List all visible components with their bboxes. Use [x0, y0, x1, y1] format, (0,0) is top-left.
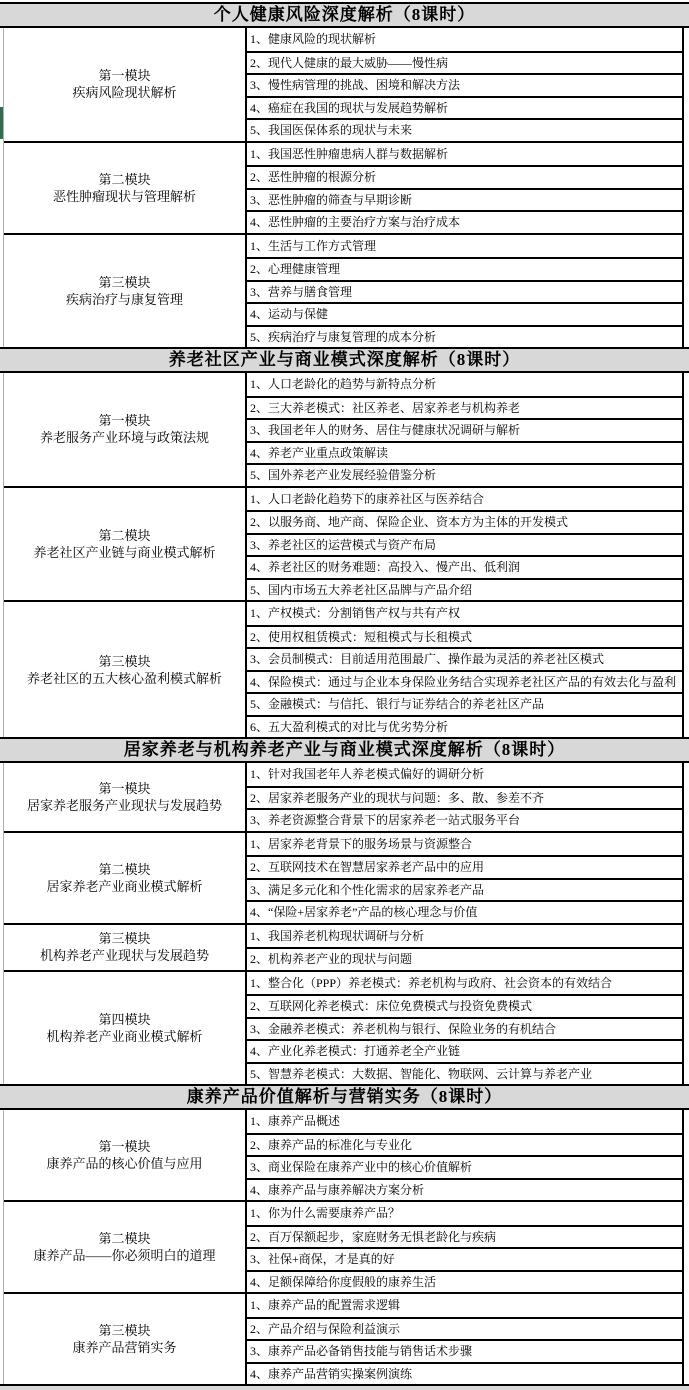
module-item-list: 1、针对我国老年人养老模式偏好的调研分析2、居家养老服务产业的现状与问题：多、散…	[245, 763, 682, 831]
course-item-cell: 2、百万保额起步，家庭财务无惧老龄化与疾病	[247, 1225, 682, 1248]
course-item-cell: 2、居家养老服务产业的现状与问题：多、散、参差不齐	[247, 786, 682, 809]
module-item-list: 1、康养产品的配置需求逻辑2、产品介绍与保险利益演示3、康养产品必备销售技能与销…	[245, 1294, 682, 1384]
course-item-cell: 3、满足多元化和个性化需求的居家养老产品	[247, 878, 682, 901]
course-item-cell: 1、人口老龄化趋势下的康养社区与医养结合	[247, 488, 682, 511]
course-item-cell: 2、互联网化养老模式：床位免费模式与投资免费模式	[247, 994, 682, 1017]
course-item-cell: 5、国外养老产业发展经验借鉴分析	[247, 463, 682, 486]
module-label: 第一模块	[98, 412, 150, 429]
course-item-cell: 4、运动与保健	[247, 302, 682, 325]
module-cell: 第一模块养老服务产业环境与政策法规	[4, 373, 245, 486]
module-row: 第三模块机构养老产业现状与发展趋势1、我国养老机构现状调研与分析2、机构养老产业…	[4, 923, 682, 970]
module-row: 第一模块康养产品的核心价值与应用1、康养产品概述2、康养产品的标准化与专业化3、…	[4, 1110, 682, 1200]
module-name: 养老社区产业链与商业模式解析	[33, 544, 215, 561]
module-cell: 第二模块康养产品——你必须明白的道理	[4, 1202, 245, 1292]
course-item-cell: 4、保险模式：通过与企业本身保险业务结合实现养老社区产品的有效去化与盈利	[247, 670, 682, 693]
module-label: 第二模块	[98, 171, 150, 188]
module-row: 第二模块康养产品——你必须明白的道理1、你为什么需要康养产品？2、百万保额起步，…	[4, 1200, 682, 1292]
module-cell: 第三模块疾病治疗与康复管理	[4, 235, 245, 348]
module-name: 康养产品的核心价值与应用	[46, 1155, 202, 1172]
module-label: 第一模块	[98, 780, 150, 797]
module-item-list: 1、居家养老背景下的服务场景与资源整合2、互联网技术在智慧居家养老产品中的应用3…	[245, 833, 682, 923]
section-body: 第一模块养老服务产业环境与政策法规1、人口老龄化的趋势与新特点分析2、三大养老模…	[3, 373, 684, 737]
module-row: 第二模块养老社区产业链与商业模式解析1、人口老龄化趋势下的康养社区与医养结合2、…	[4, 486, 682, 601]
module-label: 第四模块	[98, 1011, 150, 1028]
course-item-cell: 1、产权模式：分割销售产权与共有产权	[247, 602, 682, 625]
module-name: 机构养老产业现状与发展趋势	[40, 947, 209, 964]
module-row: 第三模块康养产品营销实务1、康养产品的配置需求逻辑2、产品介绍与保险利益演示3、…	[4, 1292, 682, 1384]
module-cell: 第二模块养老社区产业链与商业模式解析	[4, 488, 245, 601]
course-item-cell: 5、我国医保体系的现状与未来	[247, 118, 682, 141]
course-item-cell: 1、居家养老背景下的服务场景与资源整合	[247, 833, 682, 856]
course-item-cell: 1、生活与工作方式管理	[247, 235, 682, 258]
module-row: 第三模块疾病治疗与康复管理1、生活与工作方式管理2、心理健康管理3、营养与膳食管…	[4, 233, 682, 348]
course-item-cell: 2、心理健康管理	[247, 257, 682, 280]
module-item-list: 1、健康风险的现状解析2、现代人健康的最大威胁——慢性病3、慢性病管理的挑战、困…	[245, 28, 682, 141]
module-row: 第一模块居家养老服务产业现状与发展趋势1、针对我国老年人养老模式偏好的调研分析2…	[4, 763, 682, 831]
course-item-cell: 3、恶性肿瘤的筛查与早期诊断	[247, 188, 682, 211]
course-item-cell: 1、我国养老机构现状调研与分析	[247, 925, 682, 948]
course-item-cell: 2、机构养老产业的现状与问题	[247, 947, 682, 970]
module-name: 养老服务产业环境与政策法规	[40, 429, 209, 446]
section-body: 第一模块居家养老服务产业现状与发展趋势1、针对我国老年人养老模式偏好的调研分析2…	[3, 763, 684, 1084]
module-label: 第一模块	[98, 67, 150, 84]
module-cell: 第二模块恶性肿瘤现状与管理解析	[4, 143, 245, 233]
course-item-cell: 2、产品介绍与保险利益演示	[247, 1317, 682, 1340]
module-row: 第二模块恶性肿瘤现状与管理解析1、我国恶性肿瘤患病人群与数据解析2、恶性肿瘤的根…	[4, 141, 682, 233]
course-item-cell: 2、以服务商、地产商、保险企业、资本方为主体的开发模式	[247, 510, 682, 533]
course-item-cell: 1、我国恶性肿瘤患病人群与数据解析	[247, 143, 682, 166]
course-item-cell: 3、养老社区的运营模式与资产布局	[247, 533, 682, 556]
module-name: 机构养老产业商业模式解析	[46, 1028, 202, 1045]
course-item-cell: 1、你为什么需要康养产品？	[247, 1202, 682, 1225]
course-item-cell: 2、现代人健康的最大威胁——慢性病	[247, 51, 682, 74]
module-item-list: 1、康养产品概述2、康养产品的标准化与专业化3、商业保险在康养产业中的核心价值解…	[245, 1110, 682, 1200]
module-name: 养老社区的五大核心盈利模式解析	[27, 670, 222, 687]
course-item-cell: 1、康养产品概述	[247, 1110, 682, 1133]
course-item-cell: 5、疾病治疗与康复管理的成本分析	[247, 325, 682, 348]
module-row: 第二模块居家养老产业商业模式解析1、居家养老背景下的服务场景与资源整合2、互联网…	[4, 831, 682, 923]
section-header: 养老社区产业与商业模式深度解析（8课时）	[0, 347, 689, 373]
course-item-cell: 3、金融养老模式：养老机构与银行、保险业务的有机结合	[247, 1017, 682, 1040]
module-label: 第二模块	[98, 861, 150, 878]
course-item-cell: 2、互联网技术在智慧居家养老产品中的应用	[247, 855, 682, 878]
section-header: 康养产品价值解析与营销实务（8课时）	[0, 1084, 689, 1110]
section-body: 第一模块疾病风险现状解析1、健康风险的现状解析2、现代人健康的最大威胁——慢性病…	[3, 28, 684, 347]
course-item-cell: 2、使用权租赁模式：短租模式与长租模式	[247, 625, 682, 648]
course-item-cell: 4、癌症在我国的现状与发展趋势解析	[247, 96, 682, 119]
module-name: 疾病治疗与康复管理	[66, 291, 183, 308]
module-label: 第三模块	[98, 930, 150, 947]
section-body: 第一模块康养产品的核心价值与应用1、康养产品概述2、康养产品的标准化与专业化3、…	[3, 1110, 684, 1384]
module-cell: 第一模块疾病风险现状解析	[4, 28, 245, 141]
module-cell: 第三模块机构养老产业现状与发展趋势	[4, 925, 245, 970]
module-cell: 第四模块机构养老产业商业模式解析	[4, 972, 245, 1085]
module-label: 第二模块	[98, 1230, 150, 1247]
course-item-cell: 2、康养产品的标准化与专业化	[247, 1133, 682, 1156]
section-header: 个人健康风险深度解析（8课时）	[0, 2, 689, 28]
module-name: 居家养老服务产业现状与发展趋势	[27, 797, 222, 814]
module-row: 第三模块养老社区的五大核心盈利模式解析1、产权模式：分割销售产权与共有产权2、使…	[4, 600, 682, 737]
course-item-cell: 2、恶性肿瘤的根源分析	[247, 165, 682, 188]
module-item-list: 1、我国养老机构现状调研与分析2、机构养老产业的现状与问题	[245, 925, 682, 970]
module-name: 疾病风险现状解析	[72, 84, 176, 101]
course-item-cell: 2、三大养老模式：社区养老、居家养老与机构养老	[247, 396, 682, 419]
module-item-list: 1、人口老龄化趋势下的康养社区与医养结合2、以服务商、地产商、保险企业、资本方为…	[245, 488, 682, 601]
module-name: 康养产品——你必须明白的道理	[33, 1247, 215, 1264]
course-item-cell: 1、针对我国老年人养老模式偏好的调研分析	[247, 763, 682, 786]
module-label: 第二模块	[98, 527, 150, 544]
module-item-list: 1、整合化（PPP）养老模式：养老机构与政府、社会资本的有效结合2、互联网化养老…	[245, 972, 682, 1085]
module-label: 第一模块	[98, 1138, 150, 1155]
module-cell: 第二模块居家养老产业商业模式解析	[4, 833, 245, 923]
course-item-cell: 4、恶性肿瘤的主要治疗方案与治疗成本	[247, 210, 682, 233]
module-cell: 第三模块养老社区的五大核心盈利模式解析	[4, 602, 245, 737]
module-item-list: 1、人口老龄化的趋势与新特点分析2、三大养老模式：社区养老、居家养老与机构养老3…	[245, 373, 682, 486]
next-section-partial-header	[0, 1384, 689, 1390]
course-item-cell: 4、足额保障给你度假般的康养生活	[247, 1270, 682, 1293]
module-name: 康养产品营销实务	[72, 1339, 176, 1356]
module-name: 居家养老产业商业模式解析	[46, 878, 202, 895]
module-label: 第三模块	[98, 1322, 150, 1339]
course-item-cell: 3、养老资源整合背景下的居家养老一站式服务平台	[247, 808, 682, 831]
module-name: 恶性肿瘤现状与管理解析	[53, 188, 196, 205]
module-item-list: 1、你为什么需要康养产品？2、百万保额起步，家庭财务无惧老龄化与疾病3、社保+商…	[245, 1202, 682, 1292]
course-item-cell: 3、慢性病管理的挑战、困境和解决方法	[247, 73, 682, 96]
course-item-cell: 3、康养产品必备销售技能与销售话术步骤	[247, 1339, 682, 1362]
course-item-cell: 1、整合化（PPP）养老模式：养老机构与政府、社会资本的有效结合	[247, 972, 682, 995]
module-item-list: 1、产权模式：分割销售产权与共有产权2、使用权租赁模式：短租模式与长租模式3、会…	[245, 602, 682, 737]
module-label: 第三模块	[98, 653, 150, 670]
course-item-cell: 3、营养与膳食管理	[247, 280, 682, 303]
module-item-list: 1、我国恶性肿瘤患病人群与数据解析2、恶性肿瘤的根源分析3、恶性肿瘤的筛查与早期…	[245, 143, 682, 233]
course-item-cell: 4、康养产品营销实操案例演练	[247, 1362, 682, 1385]
module-row: 第四模块机构养老产业商业模式解析1、整合化（PPP）养老模式：养老机构与政府、社…	[4, 970, 682, 1085]
course-item-cell: 3、会员制模式：目前适用范围最广、操作最为灵活的养老社区模式	[247, 647, 682, 670]
course-item-cell: 4、养老社区的财务难题：高投入、慢产出、低利润	[247, 555, 682, 578]
course-item-cell: 1、人口老龄化的趋势与新特点分析	[247, 373, 682, 396]
course-item-cell: 4、“保险+居家养老”产品的核心理念与价值	[247, 900, 682, 923]
module-cell: 第三模块康养产品营销实务	[4, 1294, 245, 1384]
course-item-cell: 3、我国老年人的财务、居住与健康状况调研与解析	[247, 418, 682, 441]
sheet-selection-mark-icon	[0, 107, 3, 139]
course-item-cell: 4、产业化养老模式：打通养老全产业链	[247, 1039, 682, 1062]
course-outline-document: 个人健康风险深度解析（8课时）第一模块疾病风险现状解析1、健康风险的现状解析2、…	[0, 0, 689, 1390]
course-item-cell: 3、社保+商保，才是真的好	[247, 1247, 682, 1270]
module-row: 第一模块疾病风险现状解析1、健康风险的现状解析2、现代人健康的最大威胁——慢性病…	[4, 28, 682, 141]
module-cell: 第一模块康养产品的核心价值与应用	[4, 1110, 245, 1200]
course-item-cell: 5、智慧养老模式：大数据、智能化、物联网、云计算与养老产业	[247, 1062, 682, 1085]
course-item-cell: 5、国内市场五大养老社区品牌与产品介绍	[247, 578, 682, 601]
module-cell: 第一模块居家养老服务产业现状与发展趋势	[4, 763, 245, 831]
section-header: 居家养老与机构养老产业与商业模式深度解析（8课时）	[0, 737, 689, 763]
course-item-cell: 4、养老产业重点政策解读	[247, 441, 682, 464]
module-label: 第三模块	[98, 274, 150, 291]
course-item-cell: 6、五大盈利模式的对比与优劣势分析	[247, 715, 682, 738]
course-item-cell: 5、金融模式：与信托、银行与证券结合的养老社区产品	[247, 692, 682, 715]
course-table: 个人健康风险深度解析（8课时）第一模块疾病风险现状解析1、健康风险的现状解析2、…	[0, 2, 689, 1384]
module-item-list: 1、生活与工作方式管理2、心理健康管理3、营养与膳食管理4、运动与保健5、疾病治…	[245, 235, 682, 348]
course-item-cell: 4、康养产品与康养解决方案分析	[247, 1178, 682, 1201]
module-row: 第一模块养老服务产业环境与政策法规1、人口老龄化的趋势与新特点分析2、三大养老模…	[4, 373, 682, 486]
course-item-cell: 1、健康风险的现状解析	[247, 28, 682, 51]
course-item-cell: 1、康养产品的配置需求逻辑	[247, 1294, 682, 1317]
course-item-cell: 3、商业保险在康养产业中的核心价值解析	[247, 1155, 682, 1178]
